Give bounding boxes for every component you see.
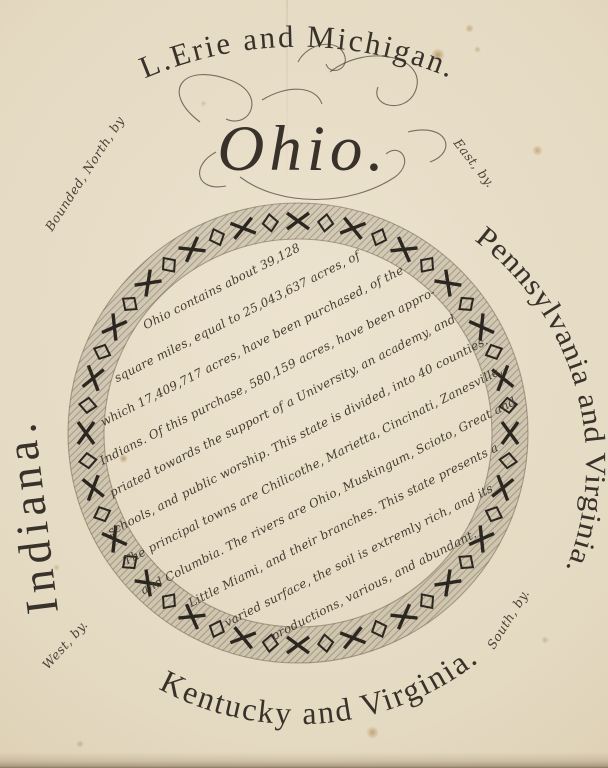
corner-label-west: West, by.: [39, 617, 91, 672]
corner-label-east: East, by.: [450, 135, 498, 191]
corner-label-south: South, by.: [484, 586, 533, 651]
state-title: Ohio.: [217, 113, 388, 185]
top-boundary-label: L.Erie and Michigan.: [134, 19, 462, 85]
corner-label-north: Bounded, North, by: [41, 113, 127, 234]
scanned-atlas-page: L.Erie and Michigan. Ohio. Kentucky and …: [0, 0, 608, 768]
top-boundary-label-text: L.Erie and Michigan.: [134, 19, 462, 85]
